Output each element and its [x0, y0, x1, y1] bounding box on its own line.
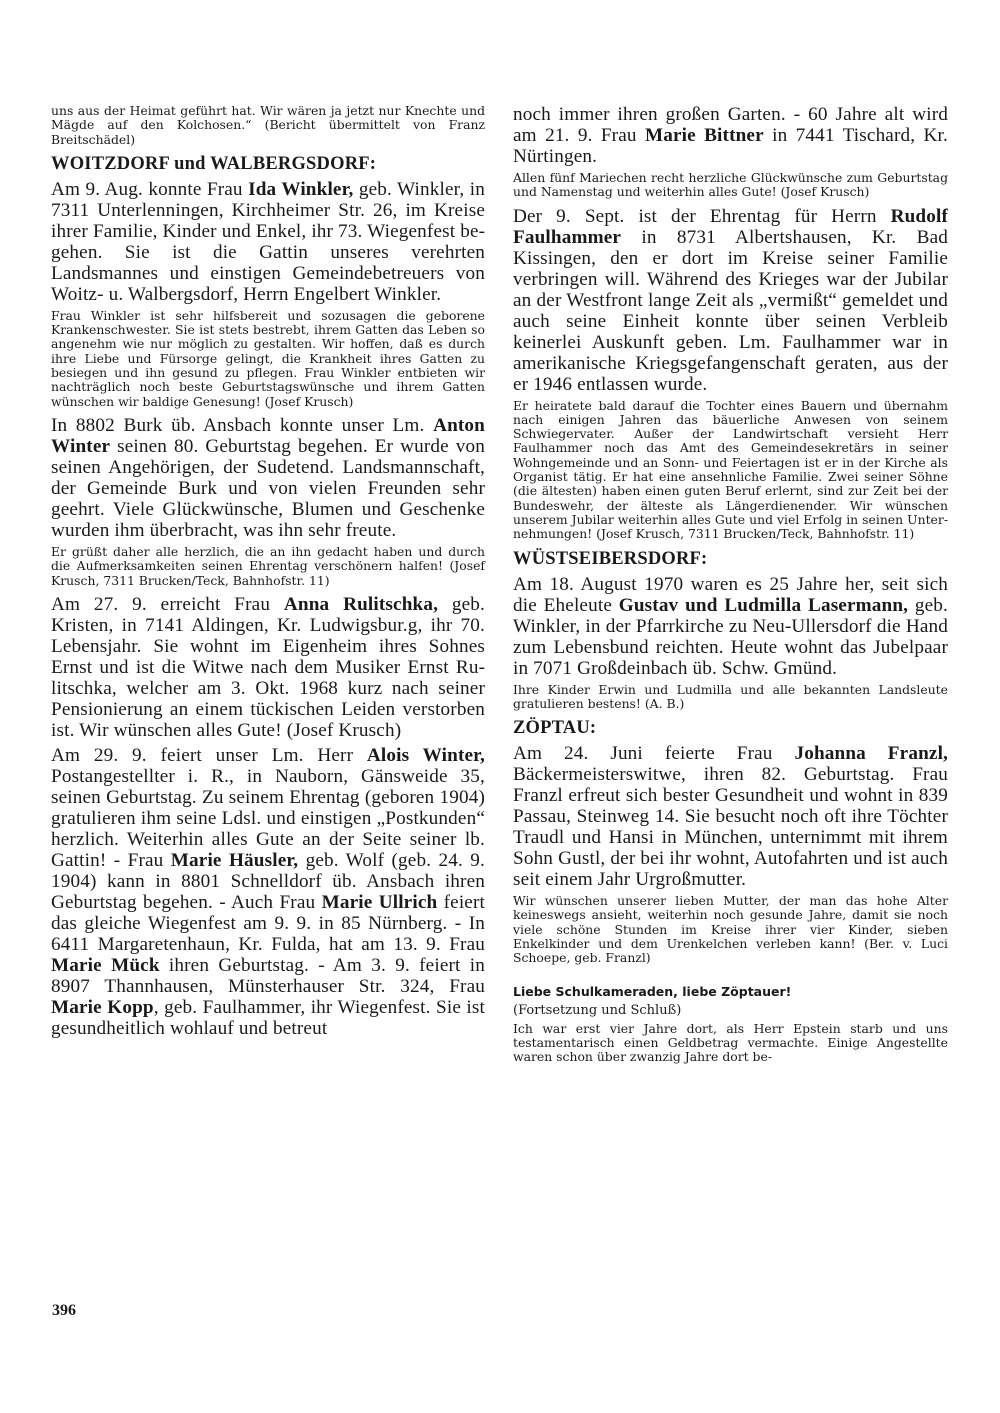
person-name: Marie Mück	[51, 955, 160, 976]
person-name: Alois Win­ter,	[367, 745, 485, 766]
article-birthdays-list: Am 29. 9. feiert unser Lm. Herr Alois Wi…	[51, 745, 485, 1039]
section-heading-woitzdorf: WOITZDORF und WALBERGSDORF:	[51, 153, 485, 175]
continuation-note: (Fortsetzung und Schluß)	[513, 1003, 948, 1019]
article-johanna-franzl: Am 24. Juni feierte Frau Johanna Franzl,…	[513, 743, 948, 890]
person-name: Gustav und Ludmilla Lasermann,	[619, 595, 908, 616]
note-lasermann: Ihre Kinder Erwin und Ludmilla und alle …	[513, 683, 948, 712]
person-name: Marie Bittner	[645, 125, 764, 146]
note-faulhammer: Er heiratete bald darauf die Tochter ein…	[513, 399, 948, 542]
person-name: Johanna Franzl,	[794, 743, 948, 764]
person-name: Marie Häusler,	[171, 850, 298, 871]
letter-paragraph: Ich war erst vier Jahre dort, als Herr E…	[513, 1022, 948, 1065]
article-lasermann: Am 18. August 1970 waren es 25 Jahre her…	[513, 574, 948, 679]
note-anton-winter: Er grüßt daher alle herzlich, die an ihn…	[51, 545, 485, 588]
person-name: Marie Kopp	[51, 997, 154, 1018]
person-name: Ida Winkler,	[248, 179, 353, 200]
right-column: noch immer ihren großen Garten. - 60 Jah…	[513, 104, 948, 1071]
left-column: uns aus der Heimat geführt hat. Wir wäre…	[51, 104, 485, 1043]
person-name: Anna Rulitschka,	[284, 594, 438, 615]
note-franzl: Wir wünschen unserer lieben Mutter, der …	[513, 894, 948, 965]
person-name: Marie Ullrich	[322, 892, 438, 913]
article-anna-rulitschka: Am 27. 9. erreicht Frau Anna Rulitschka,…	[51, 594, 485, 741]
section-heading-schulkameraden: Liebe Schulkameraden, liebe Zöptauer!	[513, 984, 948, 1000]
article-rudolf-faulhammer: Der 9. Sept. ist der Ehrentag für Herrn …	[513, 206, 948, 395]
note-mariechen: Allen fünf Mariechen recht herzliche Glü…	[513, 171, 948, 200]
report-ending-paragraph: uns aus der Heimat geführt hat. Wir wäre…	[51, 104, 485, 147]
note-winkler: Frau Winkler ist sehr hilfsbereit und so…	[51, 309, 485, 409]
section-heading-zoeptau: ZÖPTAU:	[513, 717, 948, 739]
section-heading-wuestseibersdorf: WÜSTSEIBERSDORF:	[513, 548, 948, 570]
article-marie-bittner: noch immer ihren großen Garten. - 60 Jah…	[513, 104, 948, 167]
article-anton-winter: In 8802 Burk üb. Ansbach konnte unser Lm…	[51, 415, 485, 541]
article-ida-winkler: Am 9. Aug. konnte Frau Ida Winkler, geb.…	[51, 179, 485, 305]
page-number: 396	[52, 1302, 76, 1320]
